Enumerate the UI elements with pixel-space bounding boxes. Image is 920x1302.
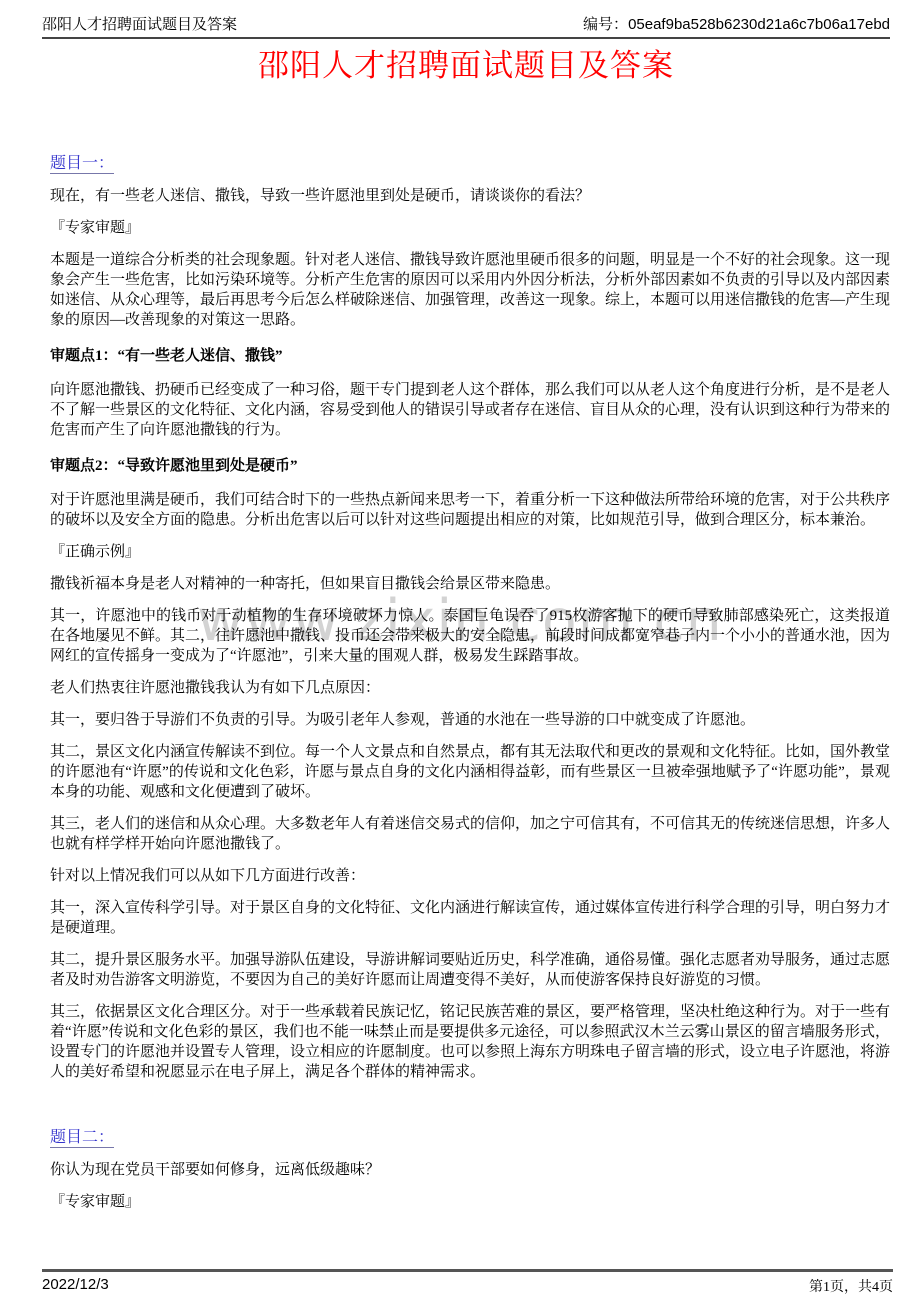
section-heading-question-1-text: 题目一：	[50, 155, 114, 174]
running-footer: 2022/12/3 第1页，共4页	[42, 1269, 893, 1296]
running-header-title: 邵阳人才招聘面试题目及答案	[42, 13, 237, 34]
question-1-text: 现在，有一些老人迷信、撒钱，导致一些许愿池里到处是硬币，请谈谈你的看法？	[50, 186, 890, 206]
doc-number-value: 05eaf9ba528b6230d21a6c7b06a17ebd	[628, 16, 890, 33]
document-body: 题目一： 现在，有一些老人迷信、撒钱，导致一些许愿池里到处是硬币，请谈谈你的看法…	[42, 154, 890, 1212]
example-intro-paragraph: 撒钱祈福本身是老人对精神的一种寄托，但如果盲目撒钱会给景区带来隐患。	[50, 574, 890, 594]
expert-review-label-2: 『专家审题』	[50, 1192, 890, 1212]
improvement-1-paragraph: 其一，深入宣传科学引导。对于景区自身的文化特征、文化内涵进行解读宣传，通过媒体宣…	[50, 898, 890, 938]
footer-page-info: 第1页，共4页	[809, 1276, 893, 1296]
document-page: 邵阳人才招聘面试题目及答案 编号：05eaf9ba528b6230d21a6c7…	[0, 0, 920, 1302]
expert-analysis-paragraph: 本题是一道综合分析类的社会现象题。针对老人迷信、撒钱导致许愿池里硬币很多的问题，…	[50, 250, 890, 330]
review-point-1-paragraph: 向许愿池撒钱、扔硬币已经变成了一种习俗，题干专门提到老人这个群体，那么我们可以从…	[50, 380, 890, 440]
reason-1-paragraph: 其一，要归咎于导游们不负责的引导。为吸引老年人参观，普通的水池在一些导游的口中就…	[50, 710, 890, 730]
doc-number-label: 编号：	[583, 17, 628, 33]
question-2-text: 你认为现在党员干部要如何修身，远离低级趣味？	[50, 1160, 890, 1180]
review-point-1-heading: 审题点1：“有一些老人迷信、撒钱”	[50, 346, 890, 366]
section-heading-question-2: 题目二：	[50, 1128, 890, 1148]
doc-number: 编号：05eaf9ba528b6230d21a6c7b06a17ebd	[583, 13, 890, 34]
reason-2-paragraph: 其二，景区文化内涵宣传解读不到位。每一个人文景点和自然景点，都有其无法取代和更改…	[50, 742, 890, 802]
review-point-2-heading: 审题点2：“导致许愿池里到处是硬币”	[50, 456, 890, 476]
reasons-intro-paragraph: 老人们热衷往许愿池撒钱我认为有如下几点原因：	[50, 678, 890, 698]
running-header: 邵阳人才招聘面试题目及答案 编号：05eaf9ba528b6230d21a6c7…	[42, 13, 890, 39]
improvements-intro-paragraph: 针对以上情况我们可以从如下几方面进行改善：	[50, 866, 890, 886]
page-title: 邵阳人才招聘面试题目及答案	[42, 48, 890, 84]
reason-3-paragraph: 其三，老人们的迷信和从众心理。大多数老年人有着迷信交易式的信仰，加之宁可信其有，…	[50, 814, 890, 854]
improvement-2-paragraph: 其二，提升景区服务水平。加强导游队伍建设，导游讲解词要贴近历史，科学准确，通俗易…	[50, 950, 890, 990]
footer-date: 2022/12/3	[42, 1276, 109, 1293]
section-heading-question-1: 题目一：	[50, 154, 890, 174]
section-heading-question-2-text: 题目二：	[50, 1129, 114, 1148]
example-harm-paragraph: 其一，许愿池中的钱币对于动植物的生存环境破坏力惊人。泰国巨龟误吞了915枚游客抛…	[50, 606, 890, 666]
correct-example-label: 『正确示例』	[50, 542, 890, 562]
review-point-2-paragraph: 对于许愿池里满是硬币，我们可结合时下的一些热点新闻来思考一下，着重分析一下这种做…	[50, 490, 890, 530]
improvement-3-paragraph: 其三，依据景区文化合理区分。对于一些承载着民族记忆，铭记民族苦难的景区，要严格管…	[50, 1002, 890, 1082]
expert-review-label-1: 『专家审题』	[50, 218, 890, 238]
